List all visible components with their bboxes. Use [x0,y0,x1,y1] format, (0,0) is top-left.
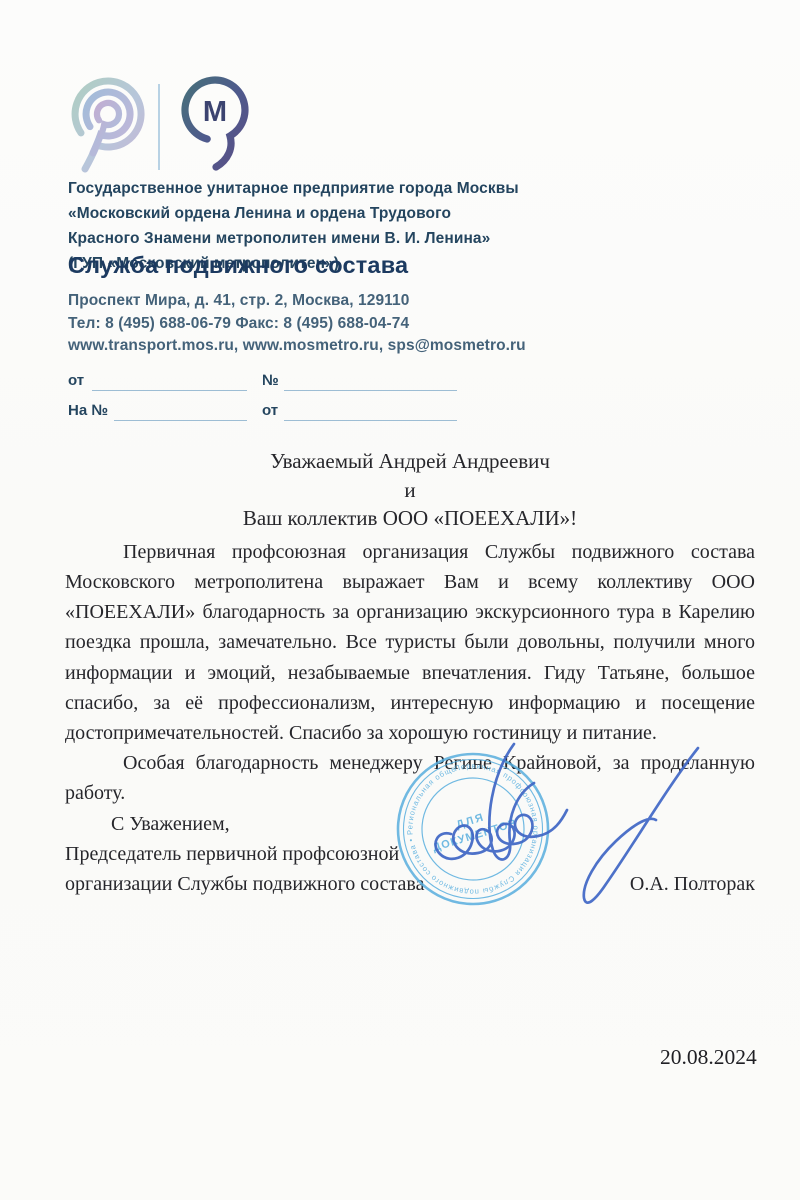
contact-block: Проспект Мира, д. 41, стр. 2, Москва, 12… [68,290,528,358]
signer-title-line2: организации Службы подвижного состава [65,869,424,899]
org-line: Государственное унитарное предприятие го… [68,176,528,201]
field-blank-line [284,370,457,391]
moscow-transport-logo [62,72,156,178]
metro-logo-letter: М [203,96,227,128]
field-blank-line [92,370,247,391]
reference-fields-row2: На № от [68,400,458,424]
field-label-ot: от [68,372,84,389]
salutation-line: и [65,476,755,505]
postal-address: Проспект Мира, д. 41, стр. 2, Москва, 12… [68,290,528,313]
field-label-no: № [262,372,279,389]
letter-date: 20.08.2024 [660,1045,757,1070]
field-label-na-no: На № [68,402,108,419]
signature-stroke [436,810,567,859]
field-blank-line [284,400,457,421]
signature-stroke [584,748,698,903]
field-blank-line [114,400,247,421]
body-line: информации и эмоций, незабываемые впечат… [65,658,755,688]
service-name-title: Служба подвижного состава [68,252,408,279]
reference-fields-row1: от № [68,370,458,394]
salutation: Уважаемый Андрей Андреевич и Ваш коллект… [65,447,755,533]
web-and-email: www.transport.mos.ru, www.mosmetro.ru, s… [68,335,528,358]
body-line: Первичная профсоюзная организация Службы… [65,537,755,567]
salutation-line: Ваш коллектив ООО «ПОЕЕХАЛИ»! [65,504,755,533]
org-line: «Московский ордена Ленина и ордена Трудо… [68,201,528,226]
moscow-metro-logo: М [166,72,260,178]
salutation-line: Уважаемый Андрей Андреевич [65,447,755,476]
org-line: Красного Знамени метрополитен имени В. И… [68,226,528,251]
body-line: Московского метрополитена выражает Вам и… [65,567,755,597]
body-line: «ПОЕЕХАЛИ» благодарность за организацию … [65,597,755,627]
handwritten-signature [396,724,731,924]
phone-fax: Тел: 8 (495) 688-06-79 Факс: 8 (495) 688… [68,313,528,336]
body-line: поездка прошла, замечательно. Все турист… [65,627,755,657]
field-label-ot: от [262,402,278,419]
body-line: спасибо, за её профессионализм, интересн… [65,688,755,718]
scanned-letter-page: М Государственное унитарное предприятие … [0,0,800,1200]
logo-divider [158,84,160,170]
